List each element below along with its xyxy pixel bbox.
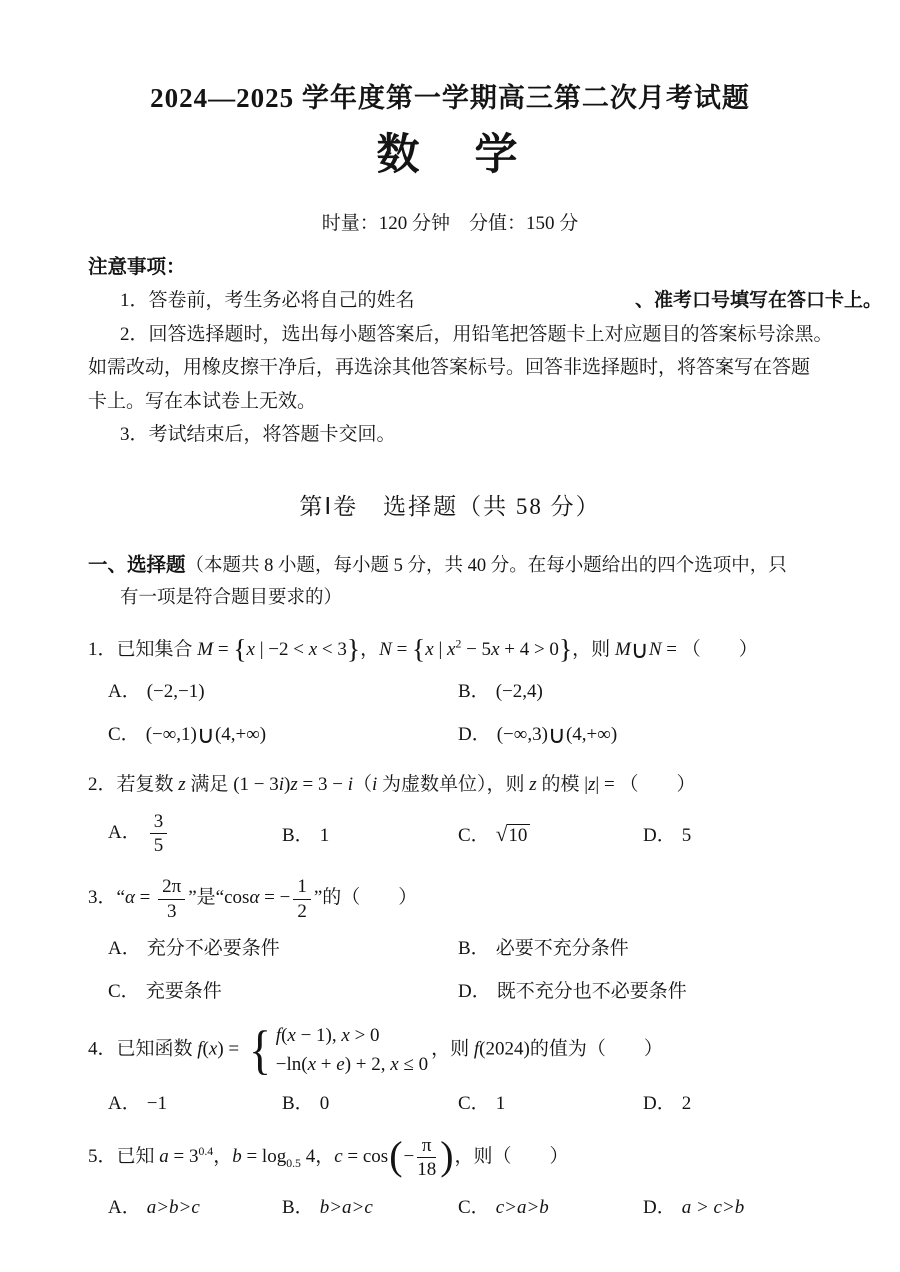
question-5-option-a: A．a>b>c bbox=[108, 1192, 282, 1219]
question-3: 3．“α = 2π3”是“cosα = −12”的（ ） A．充分不必要条件 B… bbox=[88, 876, 882, 1003]
question-2-option-d: D．5 bbox=[643, 820, 882, 847]
question-3-options: A．充分不必要条件 B．必要不充分条件 C．充要条件 D．既不充分也不必要条件 bbox=[108, 933, 882, 1003]
notice-item-1-left: 1．答卷前，考生务必将自己的姓名 bbox=[120, 284, 415, 318]
question-1-option-c: C．(−∞,1)∪(4,+∞) bbox=[108, 719, 458, 749]
question-2-option-b: B．1 bbox=[282, 820, 458, 847]
question-4-stem: 4．已知函数 f(x) = {f(x − 1), x > 0−ln(x + e)… bbox=[88, 1023, 882, 1077]
question-1-options: A．(−2,−1) B．(−2,4) C．(−∞,1)∪(4,+∞) D．(−∞… bbox=[108, 676, 882, 749]
question-5-option-d: D．a > c>b bbox=[643, 1192, 882, 1219]
question-1: 1．已知集合 M = {x | −2 < x < 3}，N = {x | x2 … bbox=[88, 634, 882, 749]
question-4-option-c: C．1 bbox=[458, 1088, 643, 1115]
question-1-stem: 1．已知集合 M = {x | −2 < x < 3}，N = {x | x2 … bbox=[88, 634, 882, 665]
question-2-option-a: A．35 bbox=[108, 811, 282, 857]
question-2-option-c: C．√10 bbox=[458, 820, 643, 847]
question-2-stem: 2．若复数 z 满足 (1 − 3i)z = 3 − i（i 为虚数单位），则 … bbox=[88, 769, 882, 800]
part-1-note-line-1: （本题共 8 小题，每小题 5 分，共 40 分。在每小题给出的四个选项中，只 bbox=[186, 556, 787, 576]
question-5: 5．已知 a = 30.4，b = log0.5 4，c = cos(−π18)… bbox=[88, 1135, 882, 1219]
exam-subject: 数 学 bbox=[0, 121, 900, 182]
question-1-option-d: D．(−∞,3)∪(4,+∞) bbox=[458, 719, 882, 749]
notice-item-3: 3．考试结束后，将答题卡交回。 bbox=[120, 418, 882, 452]
question-5-stem: 5．已知 a = 30.4，b = log0.5 4，c = cos(−π18)… bbox=[88, 1135, 882, 1181]
question-2: 2．若复数 z 满足 (1 − 3i)z = 3 − i（i 为虚数单位），则 … bbox=[88, 769, 882, 857]
part-1-heading: 一、选择题 bbox=[88, 554, 186, 576]
exam-paper-page: 2024—2025 学年度第一学期高三第二次月考试题 数 学 时量：120 分钟… bbox=[0, 0, 900, 1272]
notice-item-2-line-3: 卡上。写在本试卷上无效。 bbox=[88, 385, 882, 419]
section-1-title: 第Ⅰ卷 选择题（共 58 分） bbox=[0, 488, 900, 521]
question-4-option-d: D．2 bbox=[643, 1088, 882, 1115]
part-1-note-line-2: 有一项是符合题目要求的） bbox=[120, 582, 900, 614]
question-5-options: A．a>b>c B．b>a>c C．c>a>b D．a > c>b bbox=[108, 1192, 882, 1219]
notice-heading: 注意事项： bbox=[88, 251, 882, 284]
notice-item-1-right: 、准考口号填写在答口卡上。 bbox=[635, 284, 882, 318]
question-5-option-c: C．c>a>b bbox=[458, 1192, 643, 1219]
question-3-option-c: C．充要条件 bbox=[108, 976, 458, 1003]
notice-item-2-line-1: 2．回答选择题时，选出每小题答案后，用铅笔把答题卡上对应题目的答案标号涂黑。 bbox=[120, 318, 882, 352]
exam-meta: 时量：120 分钟 分值：150 分 bbox=[0, 208, 900, 235]
question-3-option-b: B．必要不充分条件 bbox=[458, 933, 882, 960]
question-3-option-a: A．充分不必要条件 bbox=[108, 933, 458, 960]
notice-item-1: 1．答卷前，考生务必将自己的姓名 、准考口号填写在答口卡上。 bbox=[120, 284, 882, 318]
question-1-option-b: B．(−2,4) bbox=[458, 676, 882, 703]
question-4-option-a: A．−1 bbox=[108, 1088, 282, 1115]
notice-item-2-line-2: 如需改动，用橡皮擦干净后，再选涂其他答案标号。回答非选择题时，将答案写在答题 bbox=[88, 351, 882, 385]
question-5-option-b: B．b>a>c bbox=[282, 1192, 458, 1219]
question-4-options: A．−1 B．0 C．1 D．2 bbox=[108, 1088, 882, 1115]
question-3-option-d: D．既不充分也不必要条件 bbox=[458, 976, 882, 1003]
question-4: 4．已知函数 f(x) = {f(x − 1), x > 0−ln(x + e)… bbox=[88, 1023, 882, 1115]
exam-title: 2024—2025 学年度第一学期高三第二次月考试题 bbox=[0, 0, 900, 115]
question-2-options: A．35 B．1 C．√10 D．5 bbox=[108, 811, 882, 857]
question-3-stem: 3．“α = 2π3”是“cosα = −12”的（ ） bbox=[88, 876, 882, 922]
question-1-option-a: A．(−2,−1) bbox=[108, 676, 458, 703]
question-4-option-b: B．0 bbox=[282, 1088, 458, 1115]
part-1-heading-line: 一、选择题（本题共 8 小题，每小题 5 分，共 40 分。在每小题给出的四个选… bbox=[88, 549, 882, 582]
